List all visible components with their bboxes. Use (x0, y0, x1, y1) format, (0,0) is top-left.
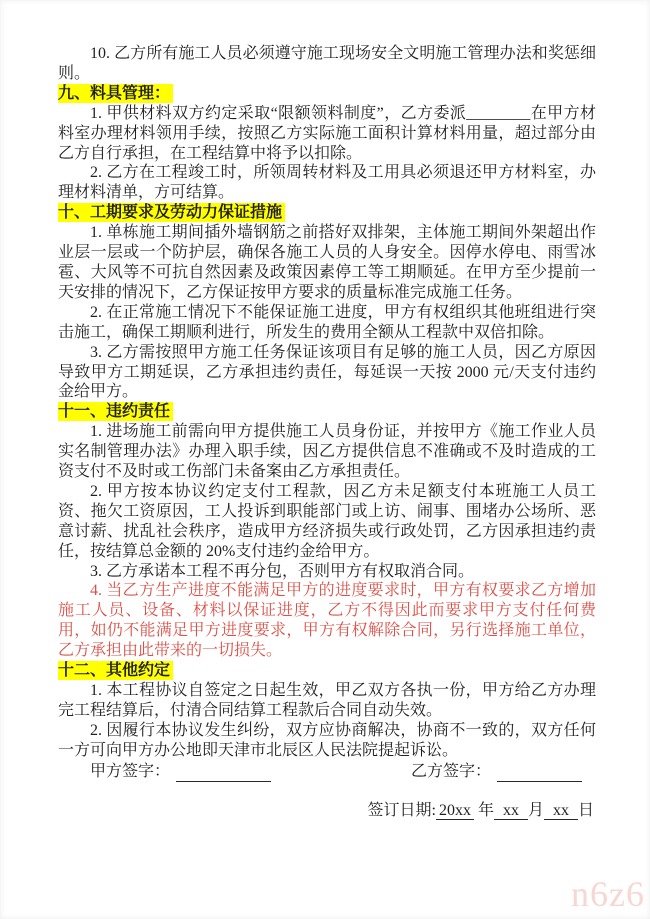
sign-date-year-value: 20xx (436, 802, 474, 820)
sign-date-month-value: xx (494, 802, 528, 820)
sign-date-day-value: xx (544, 802, 578, 820)
section-11-clause-1: 1. 进场施工前需向甲方提供施工人员身份证，并按甲方《施工作业人员实名制管理办法… (58, 422, 596, 482)
party-a-signature-label: 甲方签字： (90, 762, 170, 782)
sign-date-year-unit: 年 (478, 802, 494, 819)
watermark-text: n6z6 (571, 873, 645, 915)
section-11-heading: 十一、违约责任 (58, 402, 596, 422)
section-9-clause-2: 2. 乙方在工程竣工时，所领周转材料及工用具必须退还甲方材料室，办理材料清单，方… (58, 163, 596, 203)
section-10-clause-2: 2. 在正常施工情况下不能保证施工进度，甲方有权组织其他班组进行突击施工，确保工… (58, 303, 596, 343)
section-9-clause-1: 1. 甲供材料双方约定采取“限额领料制度”，乙方委派________在甲方材料室… (58, 104, 596, 164)
signature-row: 甲方签字： 乙方签字： (58, 762, 596, 782)
section-11-heading-highlight: 十一、违约责任 (58, 402, 173, 421)
party-b-signature-blank (497, 767, 582, 782)
section-10-heading: 十、工期要求及劳动力保证措施 (58, 203, 596, 223)
section-11-clause-3: 3. 乙方承诺本工程不再分包，否则甲方有权取消合同。 (58, 562, 596, 582)
party-b-signature-label: 乙方签字： (411, 762, 491, 782)
section-11-clause-2: 2. 甲方按本协议约定支付工程款，因乙方未足额支付本班施工人员工资、拖欠工资原因… (58, 482, 596, 562)
section-12-heading-highlight: 十二、其他约定 (58, 661, 173, 680)
section-12-clause-2: 2. 因履行本协议发生纠纷，双方应协商解决，协商不一致的，双方任何一方可向甲方办… (58, 721, 596, 761)
section-10-heading-highlight: 十、工期要求及劳动力保证措施 (58, 203, 285, 222)
section-10-clause-3: 3. 乙方需按照甲方施工任务保证该项目有足够的施工人员，因乙方原因导致甲方工期延… (58, 343, 596, 403)
sign-date-label: 签订日期: (368, 802, 436, 819)
contract-body: 10. 乙方所有施工人员必须遵守施工现场安全文明施工管理办法和奖惩细则。 九、料… (58, 44, 596, 820)
section-10-clause-1: 1. 单栋施工期间插外墙钢筋之前搭好双排架，主体施工期间外架超出作业层一层或一个… (58, 223, 596, 303)
section-12-heading: 十二、其他约定 (58, 661, 596, 681)
sign-date-day-unit: 日 (578, 802, 594, 819)
party-a-signature-blank (176, 767, 271, 782)
clause-8-10: 10. 乙方所有施工人员必须遵守施工现场安全文明施工管理办法和奖惩细则。 (58, 44, 596, 84)
section-12-clause-1: 1. 本工程协议自签定之日起生效，甲乙双方各执一份，甲方给乙方办理完工程结算后，… (58, 681, 596, 721)
sign-date-month-unit: 月 (528, 802, 544, 819)
section-11-clause-4-red: 4. 当乙方生产进度不能满足甲方的进度要求时，甲方有权要求乙方增加施工人员、设备… (58, 581, 596, 661)
section-9-heading: 九、料具管理： (58, 84, 596, 104)
sign-date-row: 签订日期:20xx 年xx月xx日 (58, 801, 596, 821)
section-9-heading-highlight: 九、料具管理： (58, 84, 173, 103)
contract-page: 10. 乙方所有施工人员必须遵守施工现场安全文明施工管理办法和奖惩细则。 九、料… (0, 0, 650, 919)
